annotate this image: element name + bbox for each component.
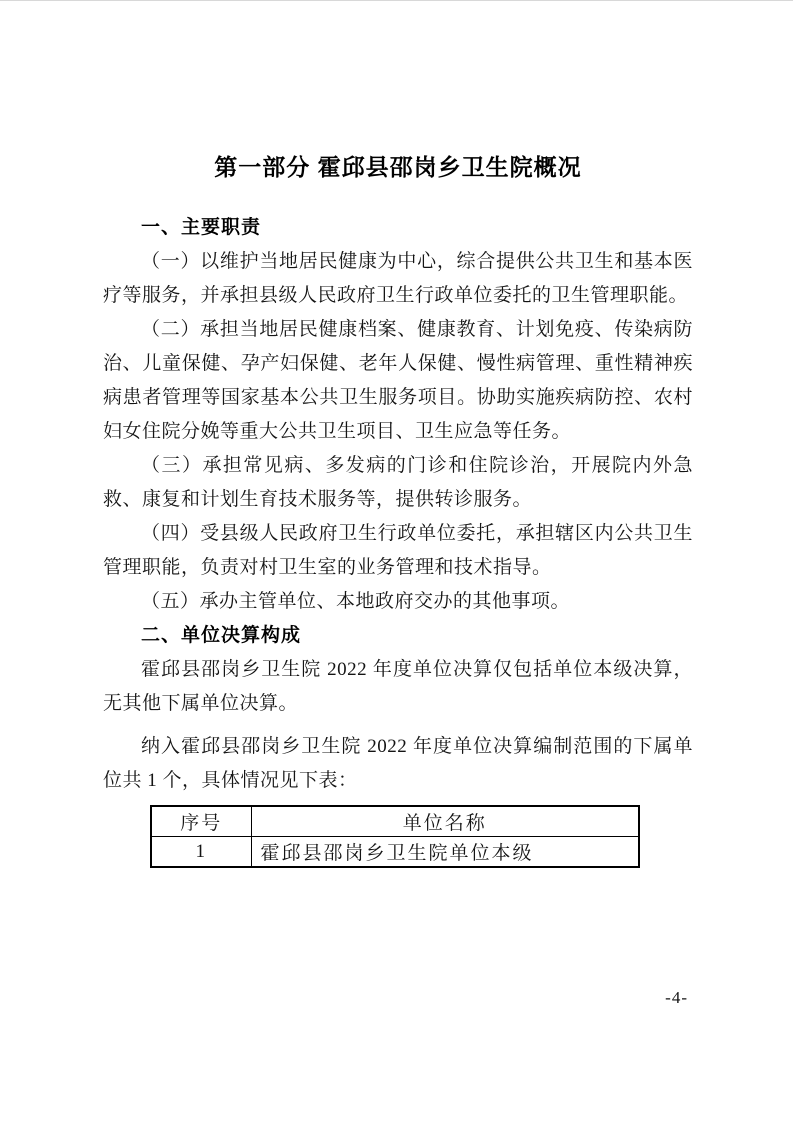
- paragraph-duty-2: （二）承担当地居民健康档案、健康教育、计划免疫、传染病防治、儿童保健、孕产妇保健…: [103, 313, 693, 449]
- table-cell-seq: 1: [151, 837, 251, 868]
- subordinate-units-table: 序号 单位名称 1 霍邱县邵岗乡卫生院单位本级: [150, 805, 640, 868]
- document-page: 第一部分 霍邱县邵岗乡卫生院概况 一、主要职责 （一）以维护当地居民健康为中心，…: [0, 0, 793, 1122]
- section-heading-main-duties: 一、主要职责: [103, 211, 693, 245]
- table-header-unit-name: 单位名称: [251, 806, 639, 837]
- table-header-seq: 序号: [151, 806, 251, 837]
- table-header-row: 序号 单位名称: [151, 806, 639, 837]
- page-title: 第一部分 霍邱县邵岗乡卫生院概况: [103, 151, 693, 183]
- table-row: 1 霍邱县邵岗乡卫生院单位本级: [151, 837, 639, 868]
- table-cell-unit-name: 霍邱县邵岗乡卫生院单位本级: [251, 837, 639, 868]
- page-number: -4-: [665, 988, 688, 1008]
- paragraph-duty-5: （五）承办主管单位、本地政府交办的其他事项。: [103, 585, 693, 619]
- paragraph-duty-3: （三）承担常见病、多发病的门诊和住院诊治，开展院内外急救、康复和计划生育技术服务…: [103, 449, 693, 517]
- paragraph-budget-scope: 霍邱县邵岗乡卫生院 2022 年度单位决算仅包括单位本级决算，无其他下属单位决算…: [103, 653, 693, 721]
- paragraph-duty-1: （一）以维护当地居民健康为中心，综合提供公共卫生和基本医疗等服务，并承担县级人民…: [103, 245, 693, 313]
- paragraph-duty-4: （四）受县级人民政府卫生行政单位委托，承担辖区内公共卫生管理职能，负责对村卫生室…: [103, 517, 693, 585]
- section-heading-budget-composition: 二、单位决算构成: [103, 619, 693, 653]
- paragraph-subordinate-units: 纳入霍邱县邵岗乡卫生院 2022 年度单位决算编制范围的下属单位共 1 个，具体…: [103, 730, 693, 798]
